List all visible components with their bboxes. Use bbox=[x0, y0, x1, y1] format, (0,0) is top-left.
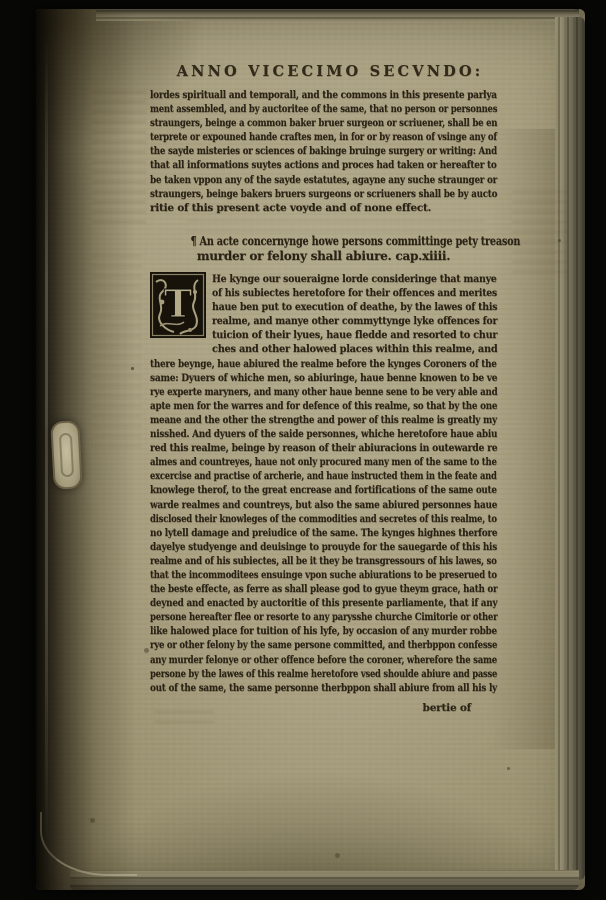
text-line: that all informations suytes actions and… bbox=[150, 158, 442, 172]
page-fore-edge-top bbox=[96, 9, 579, 21]
page-fore-edge-right bbox=[555, 17, 585, 880]
page-fore-edge-bottom bbox=[70, 870, 579, 890]
book-page: ANNO VICECIMO SECVNDO: lordes spirituall… bbox=[36, 9, 585, 890]
text-line: ment assembled, and by auctoritee of the… bbox=[150, 102, 428, 116]
text-line: terprete or expouned hande craftes men, … bbox=[150, 130, 429, 144]
text-line: almes and countreyes, haue not only proc… bbox=[150, 455, 430, 469]
text-line: the sayde misteries or sciences of bakin… bbox=[150, 144, 435, 158]
text-line: ches and other halowed places within thi… bbox=[212, 342, 477, 356]
text-line: rye or other felony by the same persone … bbox=[150, 638, 429, 652]
text-line: apte men for the warres and for defence … bbox=[150, 399, 439, 413]
text-line: same: Dyuers of whiche men, so abiuringe… bbox=[150, 371, 447, 385]
act-heading: ¶ An acte concernynge howe persons commi… bbox=[150, 230, 497, 260]
text-line: rye experte maryners, and many other hau… bbox=[150, 385, 434, 399]
text-line: persone hereafter flee or resorte to any… bbox=[150, 610, 429, 624]
text-line: out of the same, the same personne therb… bbox=[150, 681, 439, 695]
text-line: ritie of this present acte voyde and of … bbox=[150, 201, 497, 215]
text-line: He kynge our soueraigne lorde considerin… bbox=[212, 272, 467, 286]
text-line: dayelye studyenge and deuisinge to prouy… bbox=[150, 540, 442, 554]
text-line: be taken vppon any of the sayde estatute… bbox=[150, 173, 439, 187]
text-line: nisshed. And dyuers of the saide personn… bbox=[150, 427, 442, 441]
text-line: red this realme, beinge by reason of the… bbox=[150, 441, 454, 455]
text-line: straungers, beinge bakers bruers surgeon… bbox=[150, 187, 437, 201]
running-header: ANNO VICECIMO SECVNDO: bbox=[150, 63, 510, 80]
text-line: tuicion of their lyues, haue fledde and … bbox=[212, 328, 474, 342]
text-line: lordes spirituall and temporall, and the… bbox=[150, 88, 443, 102]
intro-paragraph: lordes spirituall and temporall, and the… bbox=[150, 88, 497, 215]
text-line: there beynge, haue abiured the realme be… bbox=[150, 357, 439, 371]
act-paragraph: He kynge our soueraigne lorde considerin… bbox=[150, 272, 497, 695]
text-line: no lytell damage and preiudice of the sa… bbox=[150, 526, 442, 540]
act-heading-line: murder or felony shall abiure. cap.xiiii… bbox=[197, 249, 450, 264]
text-line: warde realmes and countreys, but also th… bbox=[150, 498, 442, 512]
text-line: persone by the lawes of this realme here… bbox=[150, 667, 425, 681]
text-line: realme, and manye other commyttynge lyke… bbox=[212, 314, 467, 328]
photo-background: ANNO VICECIMO SECVNDO: lordes spirituall… bbox=[0, 0, 606, 900]
gutter-highlight bbox=[45, 39, 48, 850]
text-line: realme and of his subiectes, all be it t… bbox=[150, 554, 433, 568]
text-line: like halowed place for tuition of his ly… bbox=[150, 624, 439, 638]
text-line: haue ben put to execution of deathe, by … bbox=[212, 300, 467, 314]
text-line: excercise and practise of archerie, and … bbox=[150, 469, 426, 483]
text-line: knowlege therof, to the great encrease a… bbox=[150, 483, 438, 497]
text-line: deyned and enacted by auctoritie of this… bbox=[150, 596, 439, 610]
text-line: disclosed their knowleges of the commodi… bbox=[150, 512, 428, 526]
text-line: straungers, beinge a common baker bruer … bbox=[150, 116, 431, 130]
binding-clasp-tab bbox=[50, 420, 83, 489]
text-line: that the incommoditees ensuinge vpon suc… bbox=[150, 568, 429, 582]
act-heading-line: ¶ An acte concernynge howe persons commi… bbox=[190, 234, 520, 249]
text-line: any murder felonye or other offence befo… bbox=[150, 653, 429, 667]
text-line: of his subiectes heretofore for their of… bbox=[212, 286, 463, 300]
text-line: the beste effecte, as ferre as shall ple… bbox=[150, 582, 437, 596]
catchword: bertie of bbox=[150, 702, 497, 714]
text-line: meane and the other the strengthe and po… bbox=[150, 413, 438, 427]
paper-stain bbox=[489, 129, 559, 749]
ink-specks bbox=[131, 367, 134, 370]
